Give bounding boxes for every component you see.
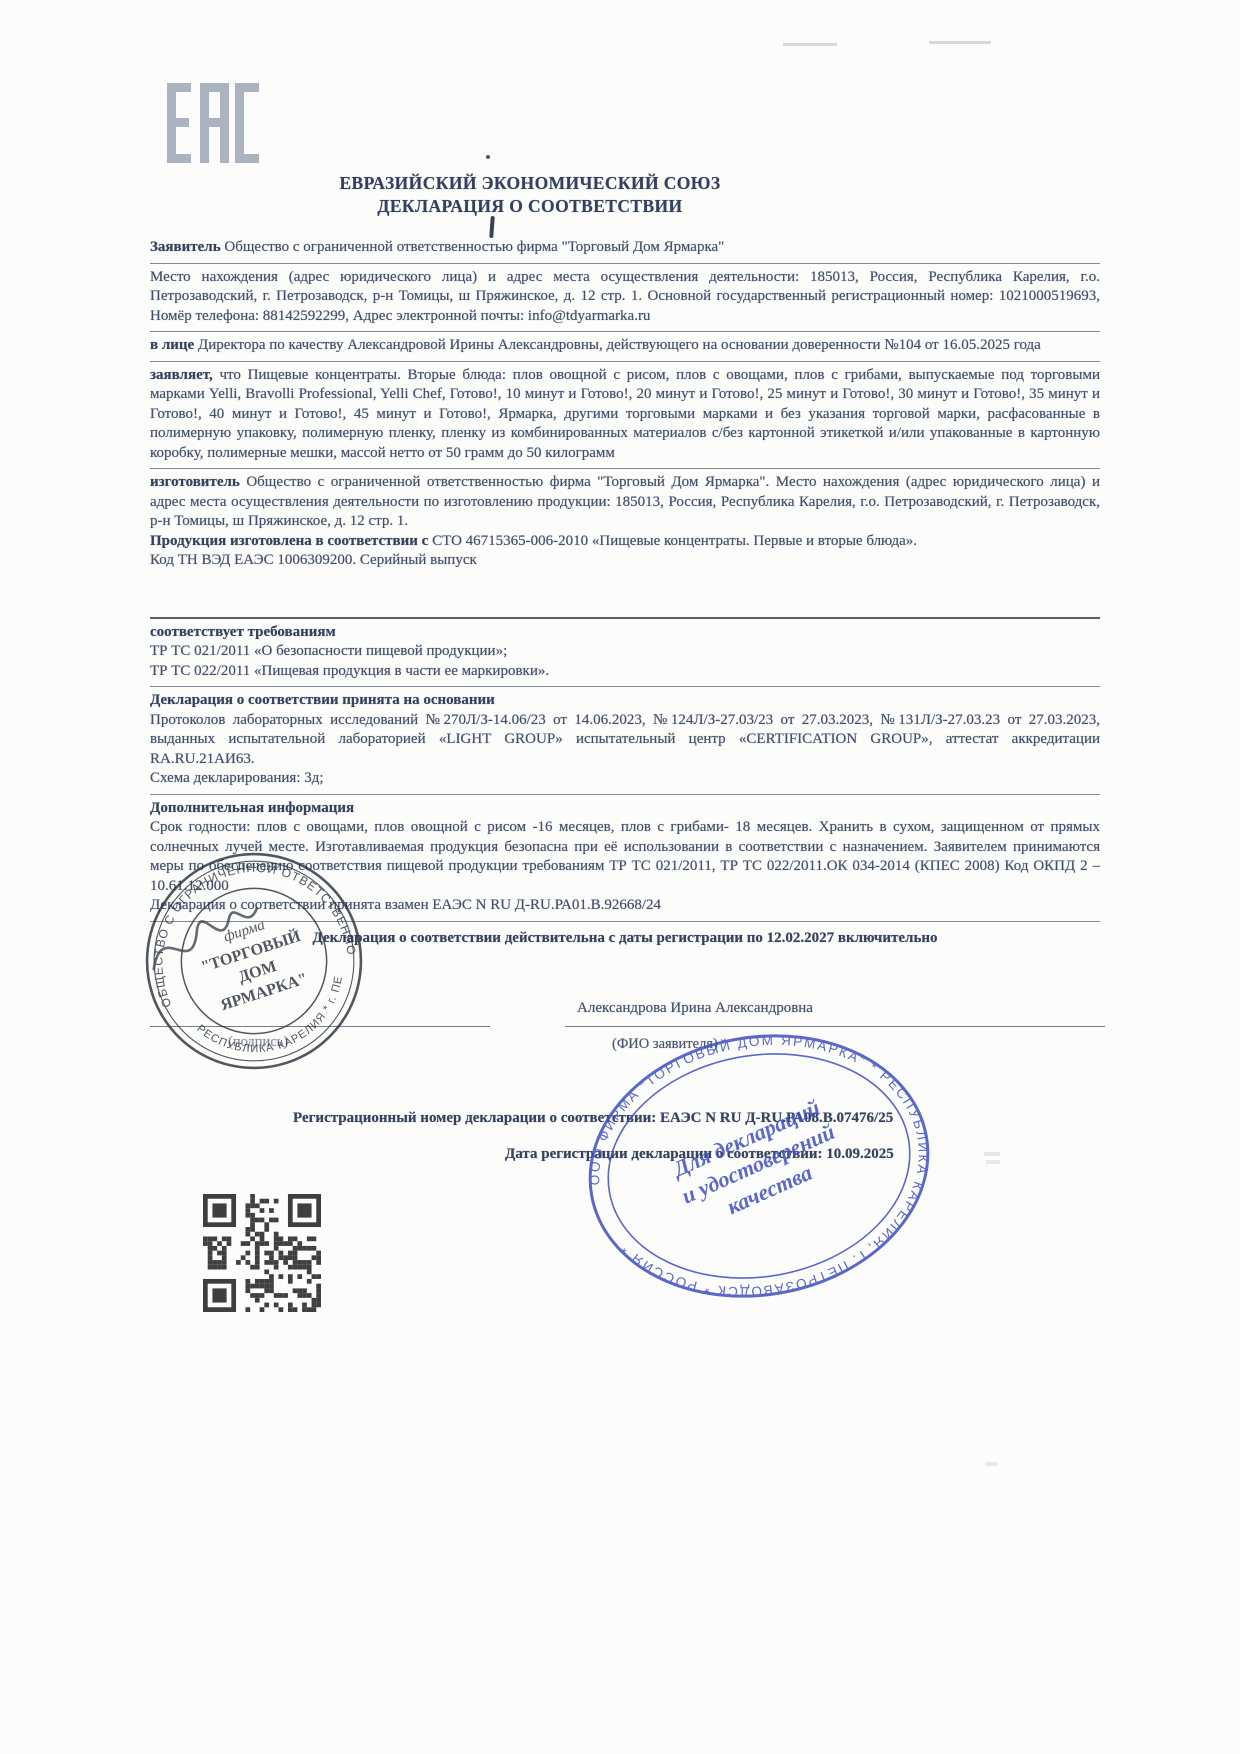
applicant-row: Заявитель Общество с ограниченной ответс… — [150, 234, 1100, 264]
declares-label: заявляет, — [150, 367, 219, 383]
conforms-label: соответствует требованиям — [150, 624, 336, 640]
scheme-value: Схема декларирования: 3д; — [150, 770, 324, 786]
tnved-value: Код ТН ВЭД ЕАЭС 1006309200. Серийный вып… — [150, 552, 477, 568]
qr-code — [203, 1194, 321, 1312]
title-declaration: ДЕКЛАРАЦИЯ О СООТВЕТСТВИИ — [55, 195, 1005, 218]
title-union: ЕВРАЗИЙСКИЙ ЭКОНОМИЧЕСКИЙ СОЮЗ — [55, 172, 1005, 195]
conformity-requirements-row: соответствует требованиям ТР ТС 021/2011… — [150, 619, 1100, 688]
scan-dot — [486, 155, 490, 159]
basis-label: Декларация о соответствии принята на осн… — [150, 692, 495, 708]
manufacturer-label: изготовитель — [150, 474, 246, 490]
scan-artifact — [986, 1160, 1000, 1164]
eac-logo-icon — [167, 83, 259, 163]
address-value: Место нахождения (адрес юридического лиц… — [150, 269, 1100, 324]
declares-value: что Пищевые концентраты. Вторые блюда: п… — [150, 367, 1100, 461]
address-row: Место нахождения (адрес юридического лиц… — [150, 264, 1100, 333]
applicant-label: Заявитель — [150, 239, 224, 255]
scan-artifact — [985, 1462, 997, 1466]
quality-stamp: ООО ФИРМА "ТОРГОВЫЙ ДОМ ЯРМАРКА" * РЕСПУ… — [550, 990, 967, 1342]
declared-products-row: заявляет, что Пищевые концентраты. Вторы… — [150, 362, 1100, 470]
sto-label: Продукция изготовлена в соответствии с — [150, 533, 432, 549]
declaration-basis-row: Декларация о соответствии принята на осн… — [150, 687, 1100, 795]
applicant-value: Общество с ограниченной ответственностью… — [224, 239, 724, 255]
declaration-document: ЕВРАЗИЙСКИЙ ЭКОНОМИЧЕСКИЙ СОЮЗ ДЕКЛАРАЦИ… — [0, 0, 1240, 1754]
person-label: в лице — [150, 337, 198, 353]
tr-ts-021: ТР ТС 021/2011 «О безопасности пищевой п… — [150, 643, 507, 659]
authorized-person-row: в лице Директора по качеству Александров… — [150, 332, 1100, 362]
scan-artifact — [929, 41, 991, 44]
additional-label: Дополнительная информация — [150, 800, 354, 816]
scan-artifact — [984, 1152, 1000, 1156]
person-value: Директора по качеству Александровой Ирин… — [198, 337, 1041, 353]
manufacturer-row: изготовитель Общество с ограниченной отв… — [150, 469, 1100, 619]
manufacturer-value: Общество с ограниченной ответственностью… — [150, 474, 1100, 529]
document-title: ЕВРАЗИЙСКИЙ ЭКОНОМИЧЕСКИЙ СОЮЗ ДЕКЛАРАЦИ… — [55, 172, 1005, 218]
basis-value: Протоколов лабораторных исследований №27… — [150, 712, 1100, 767]
scan-artifact — [783, 43, 837, 46]
sto-value: СТО 46715365-006-2010 «Пищевые концентра… — [432, 533, 917, 549]
tr-ts-022: ТР ТС 022/2011 «Пищевая продукция в част… — [150, 663, 549, 679]
